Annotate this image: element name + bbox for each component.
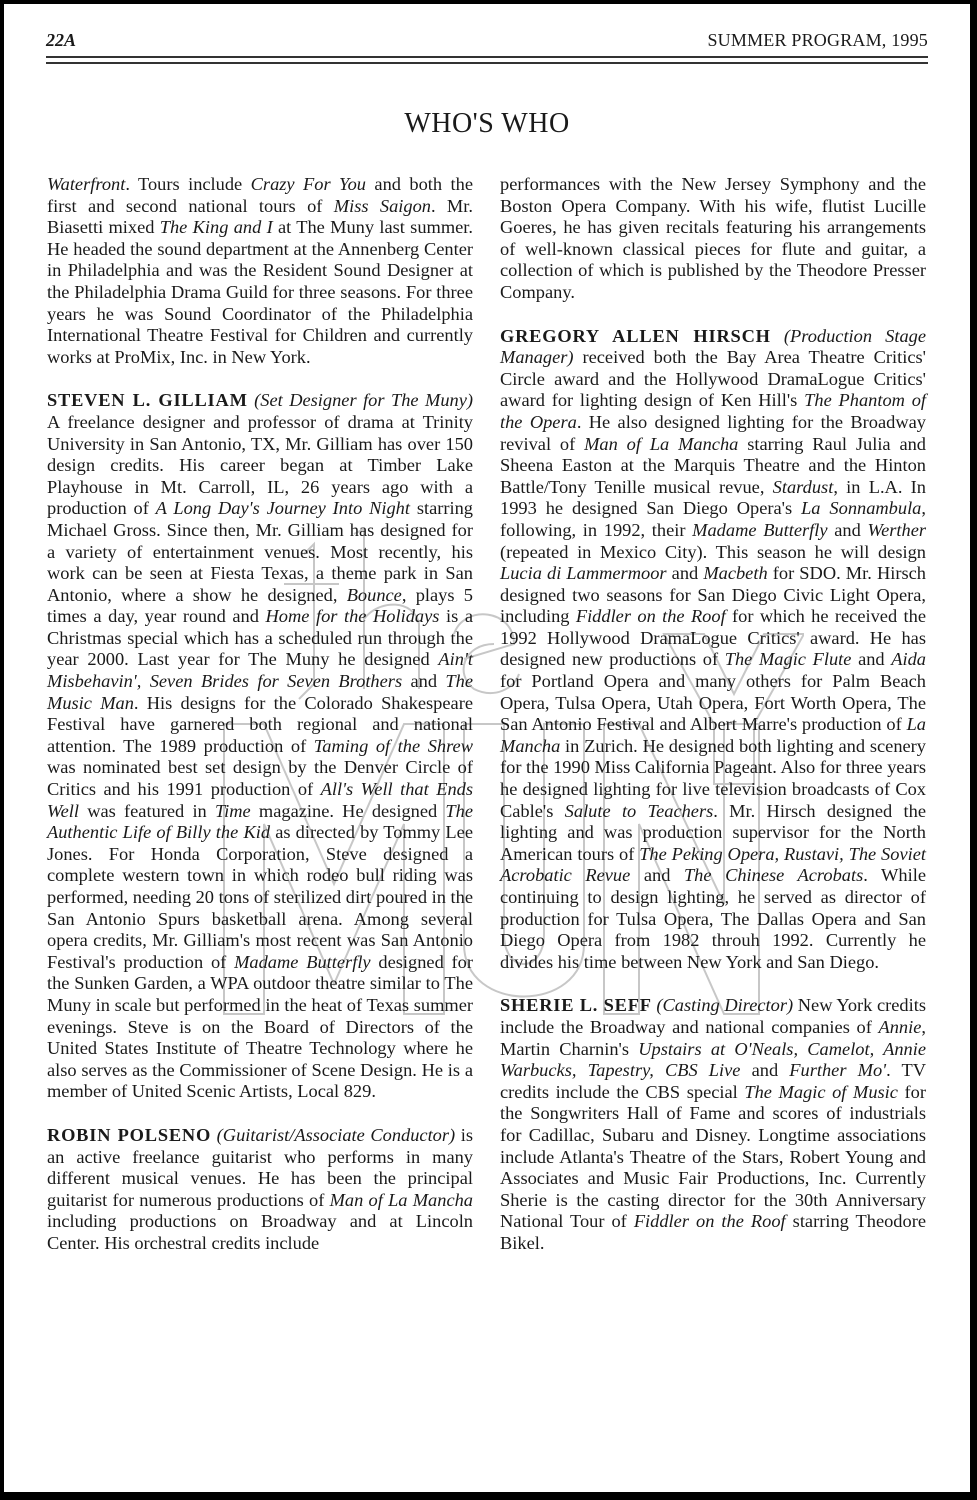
running-title: SUMMER PROGRAM, 1995 bbox=[707, 30, 928, 51]
italic-title: La Sonnambula bbox=[801, 498, 921, 518]
italic-title: Fiddler on the Roof bbox=[634, 1211, 786, 1231]
bio-entry-sherie-seff: SHERIE L. SEFF (Casting Director) New Yo… bbox=[500, 995, 926, 1254]
italic-title: Man of La Mancha bbox=[584, 434, 738, 454]
italic-title: Stardust bbox=[773, 477, 834, 497]
body-text: and bbox=[828, 520, 868, 540]
person-name: SHERIE L. SEFF bbox=[500, 995, 652, 1015]
italic-title: The Magic of Music bbox=[744, 1082, 898, 1102]
body-text: and bbox=[667, 563, 704, 583]
body-text: at The Muny last summer. He headed the s… bbox=[47, 217, 473, 367]
body-text: for the Songwriters Hall of Fame and sco… bbox=[500, 1082, 926, 1232]
italic-title: Fiddler on the Roof bbox=[576, 606, 726, 626]
italic-title: Crazy For You bbox=[251, 174, 366, 194]
italic-title: Bounce bbox=[347, 585, 402, 605]
body-text: performances with the New Jersey Symphon… bbox=[500, 174, 926, 302]
italic-title: Werther bbox=[867, 520, 926, 540]
person-name: GREGORY ALLEN HIRSCH bbox=[500, 326, 771, 346]
italic-title: The King and I bbox=[160, 217, 273, 237]
italic-title: Macbeth bbox=[703, 563, 767, 583]
italic-title: The Magic Flute bbox=[725, 649, 852, 669]
bio-continuation: performances with the New Jersey Symphon… bbox=[500, 174, 926, 304]
body-text: and bbox=[630, 865, 684, 885]
body-text: and bbox=[740, 1060, 789, 1080]
body-text: was featured in bbox=[79, 801, 215, 821]
italic-title: A Long Day's Journey Into Night bbox=[156, 498, 410, 518]
body-text: including productions on Broadway and at… bbox=[47, 1211, 473, 1253]
italic-title: Waterfront bbox=[47, 174, 125, 194]
body-text: for Portland Opera and many others for P… bbox=[500, 671, 926, 734]
italic-title: Aida bbox=[891, 649, 926, 669]
body-text: (repeated in Mexico City). This season h… bbox=[500, 542, 926, 562]
italic-title: Madame Butterfly bbox=[234, 952, 371, 972]
left-column: Waterfront. Tours include Crazy For You … bbox=[47, 174, 473, 1277]
bio-entry-gregory-hirsch: GREGORY ALLEN HIRSCH (Production Stage M… bbox=[500, 326, 926, 974]
person-role: (Guitarist/Associate Conductor) bbox=[211, 1125, 455, 1145]
page-number: 22A bbox=[46, 30, 76, 51]
body-text: as directed by Tommy Lee Jones. For Hond… bbox=[47, 822, 473, 972]
program-page: 22A SUMMER PROGRAM, 1995 WHO'S WHO Water… bbox=[4, 4, 970, 1492]
person-role: (Casting Director) bbox=[652, 995, 793, 1015]
right-column: performances with the New Jersey Symphon… bbox=[500, 174, 926, 1277]
body-text: . Tours include bbox=[125, 174, 250, 194]
italic-title: The Chinese Acrobats bbox=[684, 865, 863, 885]
italic-title: Further Mo' bbox=[789, 1060, 886, 1080]
italic-title: Man of La Mancha bbox=[330, 1190, 473, 1210]
bio-entry-robin-polseno: ROBIN POLSENO (Guitarist/Associate Condu… bbox=[47, 1125, 473, 1255]
italic-title: Home for the Holidays bbox=[265, 606, 439, 626]
header-rule-top bbox=[46, 56, 928, 58]
italic-title: Madame Butterfly bbox=[692, 520, 827, 540]
page-title: WHO'S WHO bbox=[4, 108, 970, 140]
italic-title: Salute to Teachers bbox=[565, 801, 714, 821]
person-name: STEVEN L. GILLIAM bbox=[47, 390, 248, 410]
italic-title: Annie bbox=[878, 1017, 921, 1037]
italic-title: Lucia di Lammermoor bbox=[500, 563, 667, 583]
body-text: magazine. He designed bbox=[251, 801, 446, 821]
body-text: and bbox=[402, 671, 445, 691]
bio-continuation: Waterfront. Tours include Crazy For You … bbox=[47, 174, 473, 368]
person-name: ROBIN POLSENO bbox=[47, 1125, 211, 1145]
body-text: and bbox=[851, 649, 891, 669]
italic-title: Time bbox=[215, 801, 251, 821]
header-rule-bottom bbox=[46, 62, 928, 64]
body-text: designed for the Sunken Garden, a WPA ou… bbox=[47, 952, 473, 1102]
person-role: (Set Designer for The Muny) bbox=[248, 390, 473, 410]
bio-entry-steven-gilliam: STEVEN L. GILLIAM (Set Designer for The … bbox=[47, 390, 473, 1103]
italic-title: Miss Saigon bbox=[334, 196, 431, 216]
italic-title: Taming of the Shrew bbox=[314, 736, 473, 756]
